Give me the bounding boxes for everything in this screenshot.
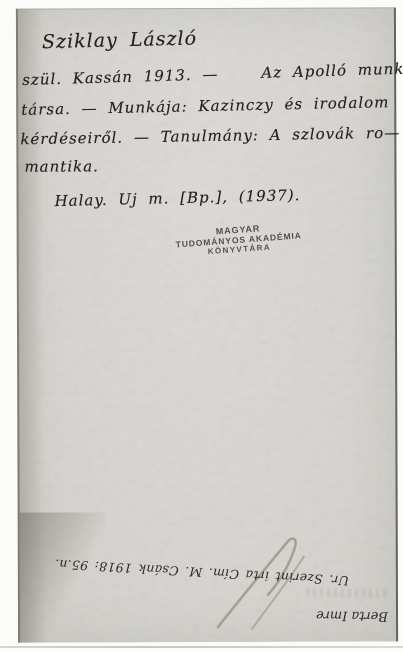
handwritten-line-4: kérdéseiről. — Tanulmány: A szlovák ro— [20,124,400,149]
bottom-left-curl-shadow [20,512,106,642]
card-paper: Sziklay László szül. Kassán 1913. — Az A… [16,7,398,642]
handwritten-line-2: szül. Kassán 1913. — Az Apolló munka— [22,59,403,89]
ghost-offset-print [302,588,386,598]
handwritten-line-imprint: Halay. Uj m. [Bp.], (1937). [54,186,300,210]
inverted-note-line: Ur. Szerint irta Cím. M. Csánk 1918: 95.… [23,536,350,589]
scan-artifact-line [0,646,403,648]
handwritten-line-3: társa. — Munkája: Kazinczy és irodalom [21,93,390,119]
inverted-signature: Berta Imre [276,598,388,624]
scanned-catalog-card: Sziklay László szül. Kassán 1913. — Az A… [0,0,403,652]
handwritten-line-author: Sziklay László [42,27,198,53]
handwritten-line-5: mantika. [24,157,99,175]
library-stamp: MAGYAR TUDOMÁNYOS AKADÉMIA KÖNYVTÁRA [158,219,320,261]
